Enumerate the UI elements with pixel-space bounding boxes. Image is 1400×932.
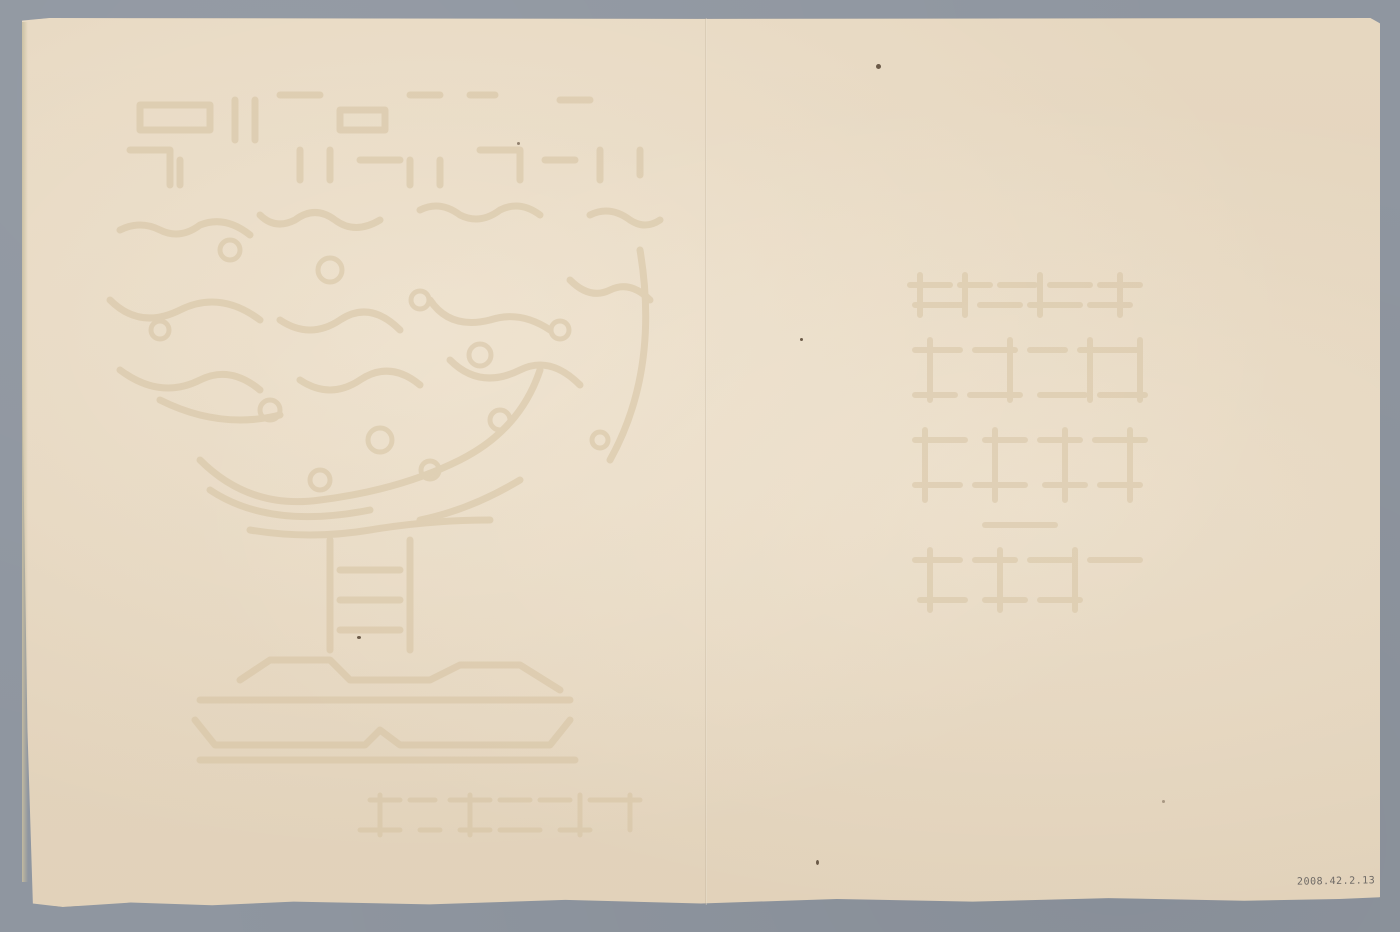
paper-sheet bbox=[22, 18, 1380, 907]
accession-number-label: 2008.42.2.13 bbox=[1297, 875, 1375, 887]
paper-speck bbox=[876, 64, 881, 69]
paper-speck bbox=[816, 860, 819, 865]
paper-edge-shadow bbox=[22, 22, 28, 882]
paper-speck bbox=[357, 636, 361, 639]
paper-speck bbox=[800, 338, 803, 341]
paper-speck bbox=[1162, 800, 1165, 803]
paper-speck bbox=[517, 142, 520, 145]
center-fold-line bbox=[705, 18, 707, 905]
